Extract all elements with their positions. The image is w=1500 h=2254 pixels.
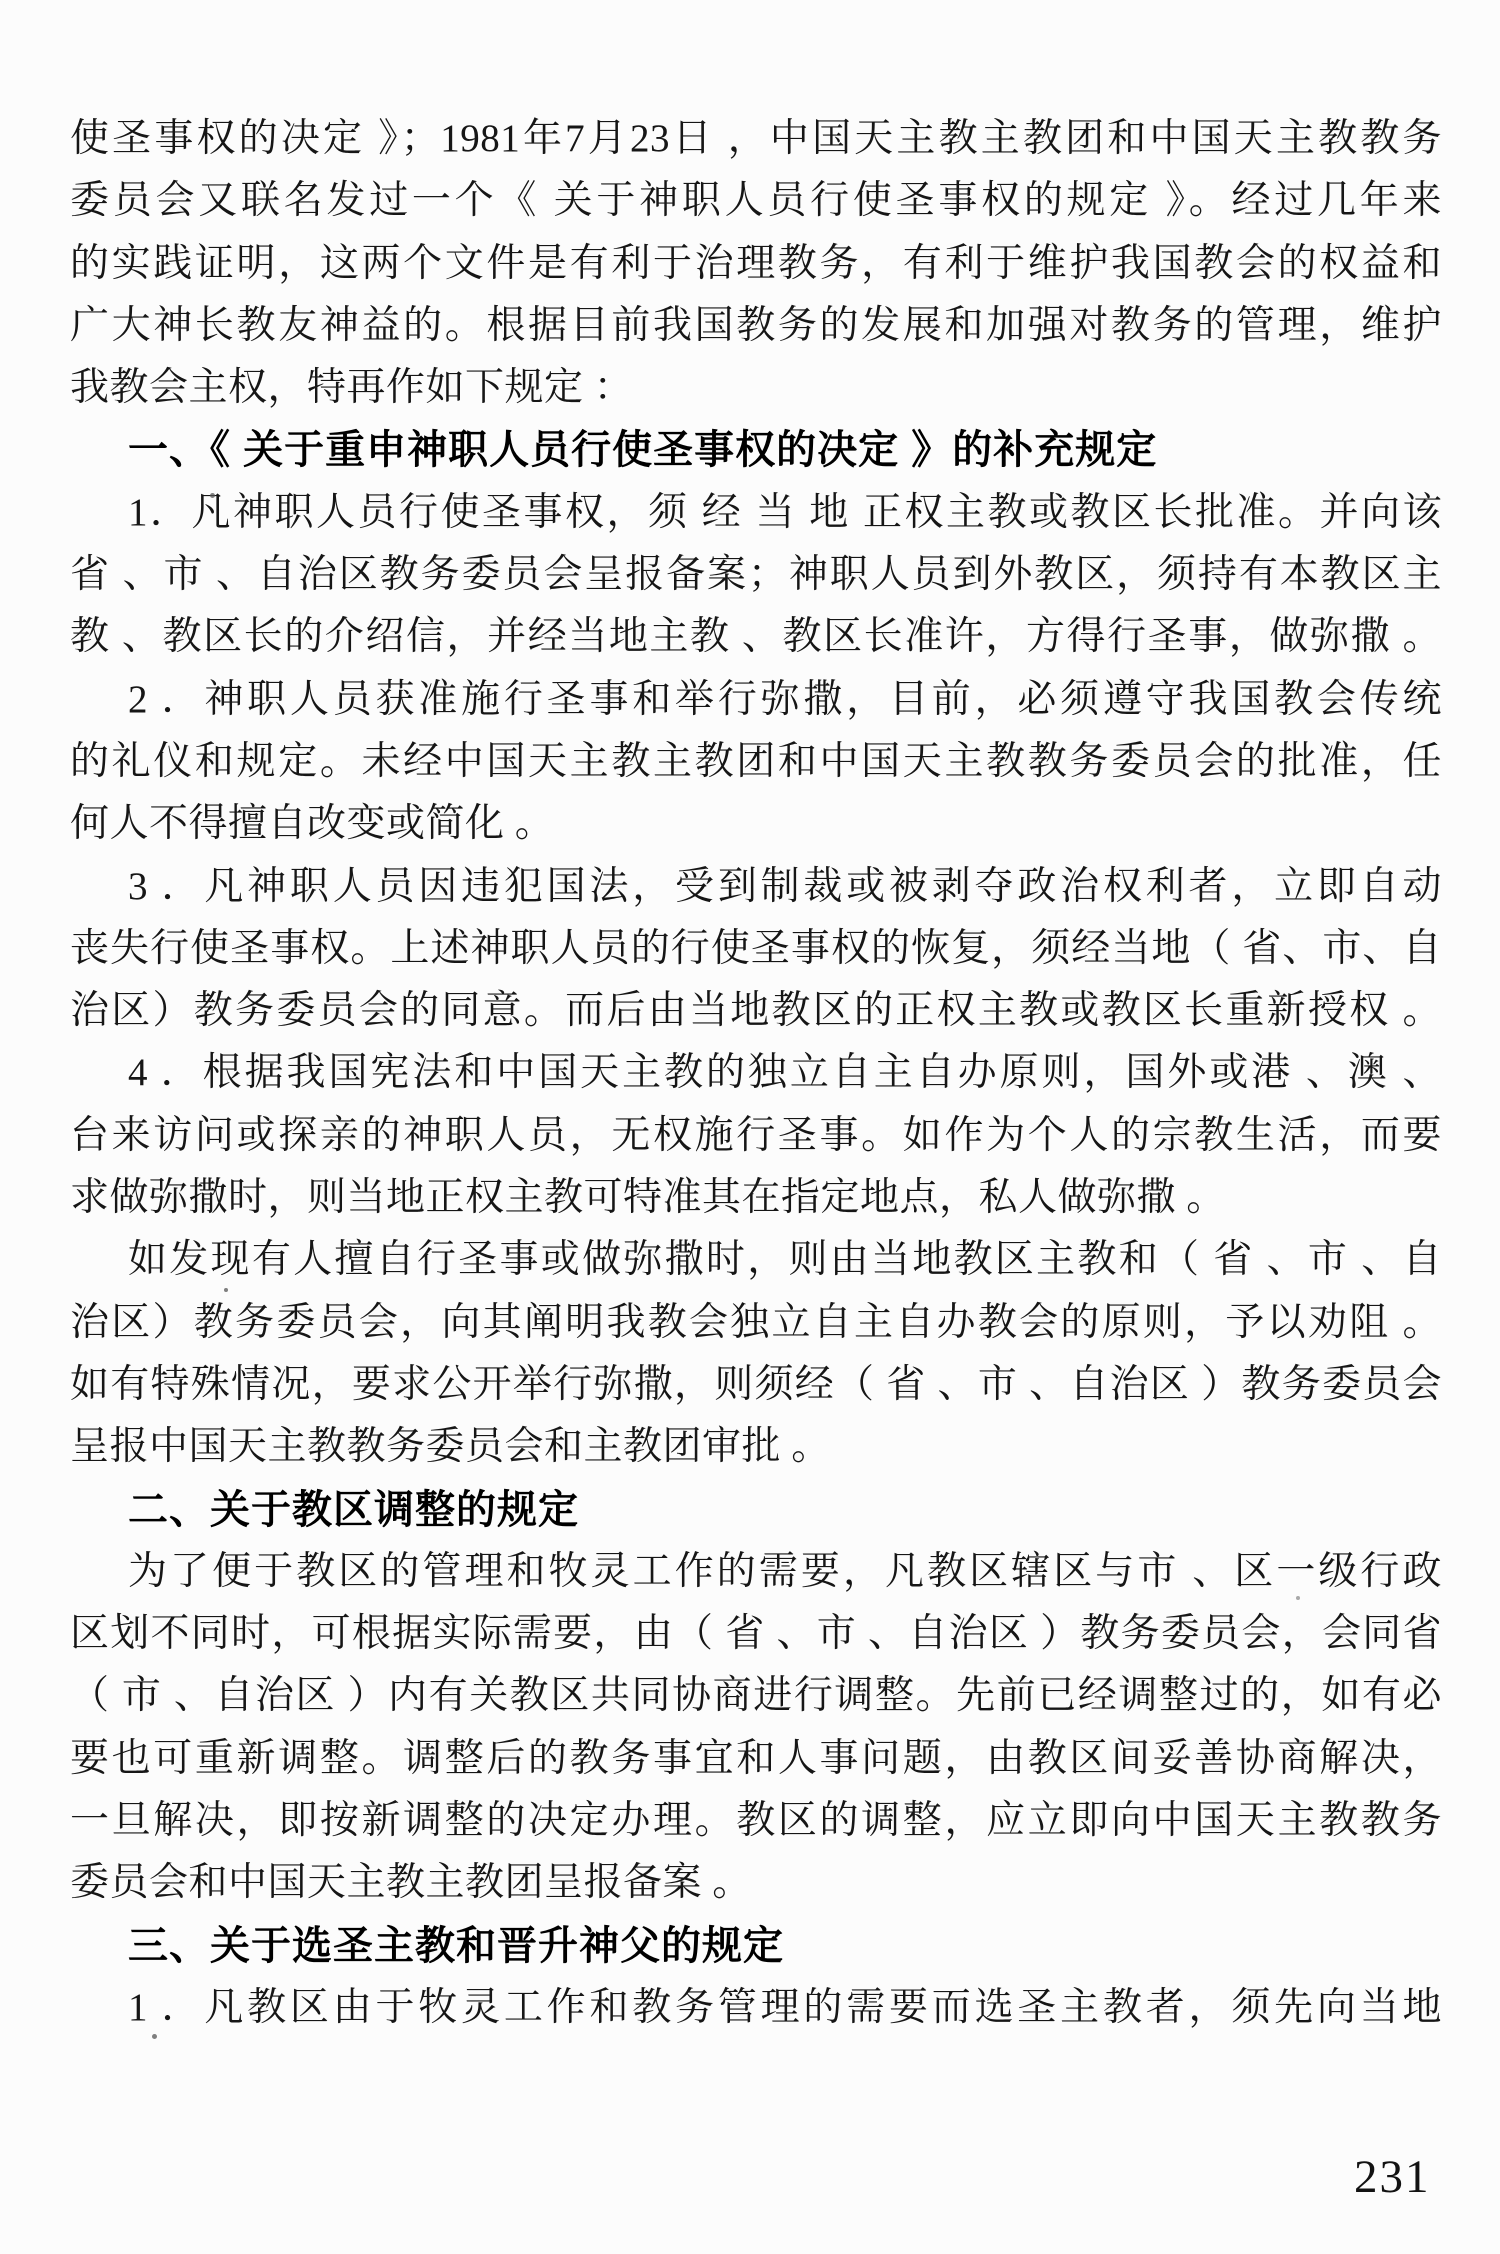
paragraph-line: 我教会主权，特再作如下规定 ： <box>70 357 1442 419</box>
paragraph-line: 丧失行使圣事权。上述神职人员的行使圣事权的恢复，须经当地（ 省、市、自 <box>70 918 1442 980</box>
paragraph-line: 省 、市 、自治区教务委员会呈报备案；神职人员到外教区，须持有本教区主 <box>70 544 1442 606</box>
section-heading-3: 三、关于选圣主教和晋升神父的规定 <box>70 1915 1442 1977</box>
paragraph-line: 2 ．神职人员获准施行圣事和举行弥撒，目前，必须遵守我国教会传统 <box>70 669 1442 731</box>
paragraph-line: 1．凡神职人员行使圣事权，须 经 当 地 正权主教或教区长批准。并向该 <box>70 482 1442 544</box>
paragraph-line: 如有特殊情况，要求公开举行弥撒，则须经（ 省 、市 、自治区 ）教务委员会 <box>70 1354 1442 1416</box>
paragraph-line: 为了便于教区的管理和牧灵工作的需要，凡教区辖区与市 、区一级行政 <box>70 1541 1442 1603</box>
paragraph-line: （ 市 、自治区 ）内有关教区共同协商进行调整。先前已经调整过的，如有必 <box>70 1665 1442 1727</box>
scan-speck <box>210 493 215 498</box>
paragraph-line: 委员会又联名发过一个《 关于神职人员行使圣事权的规定 》。经过几年来 <box>70 170 1442 232</box>
paragraph-line: 治区）教务委员会的同意。而后由当地教区的正权主教或教区长重新授权 。 <box>70 980 1442 1042</box>
paragraph-line: 3 ．凡神职人员因违犯国法，受到制裁或被剥夺政治权利者，立即自动 <box>70 856 1442 918</box>
paragraph-line: 1 ．凡教区由于牧灵工作和教务管理的需要而选圣主教者，须先向当地 <box>70 1977 1442 2039</box>
page-number: 231 <box>1354 2152 1431 2202</box>
document-text-block: 使圣事权的决定 》；1981年7月23日 ，中国天主教主教团和中国天主教教务 委… <box>70 108 1442 2039</box>
paragraph-line: 区划不同时，可根据实际需要，由（ 省 、市 、自治区 ）教务委员会，会同省 <box>70 1603 1442 1665</box>
paragraph-line: 广大神长教友神益的。根据目前我国教务的发展和加强对教务的管理，维护 <box>70 295 1442 357</box>
paragraph-line: 台来访问或探亲的神职人员，无权施行圣事。如作为个人的宗教生活，而要 <box>70 1105 1442 1167</box>
paragraph-line: 4 ．根据我国宪法和中国天主教的独立自主自办原则，国外或港 、澳 、 <box>70 1042 1442 1104</box>
scan-speck <box>1296 1596 1300 1600</box>
scanned-document-page: 使圣事权的决定 》；1981年7月23日 ，中国天主教主教团和中国天主教教务 委… <box>0 0 1500 2254</box>
paragraph-line: 要也可重新调整。调整后的教务事宜和人事问题，由教区间妥善协商解决， <box>70 1728 1442 1790</box>
paragraph-line: 求做弥撒时，则当地正权主教可特准其在指定地点，私人做弥撒 。 <box>70 1167 1442 1229</box>
paragraph-line: 呈报中国天主教教务委员会和主教团审批 。 <box>70 1416 1442 1478</box>
paragraph-line: 何人不得擅自改变或简化 。 <box>70 793 1442 855</box>
paragraph-line: 委员会和中国天主教主教团呈报备案 。 <box>70 1852 1442 1914</box>
paragraph-line: 的礼仪和规定。未经中国天主教主教团和中国天主教教务委员会的批准，任 <box>70 731 1442 793</box>
paragraph-line: 一旦解决，即按新调整的决定办理。教区的调整，应立即向中国天主教教务 <box>70 1790 1442 1852</box>
paragraph-line: 治区）教务委员会，向其阐明我教会独立自主自办教会的原则，予以劝阻 。 <box>70 1292 1442 1354</box>
paragraph-line: 的实践证明，这两个文件是有利于治理教务，有利于维护我国教会的权益和 <box>70 233 1442 295</box>
paragraph-line: 使圣事权的决定 》；1981年7月23日 ，中国天主教主教团和中国天主教教务 <box>70 108 1442 170</box>
section-heading-1: 一、《 关于重申神职人员行使圣事权的决定 》的补充规定 <box>70 419 1442 481</box>
scan-speck <box>224 1288 228 1292</box>
section-heading-2: 二、关于教区调整的规定 <box>70 1479 1442 1541</box>
scan-speck <box>152 2034 157 2039</box>
paragraph-line: 教 、教区长的介绍信，并经当地主教 、教区长准许，方得行圣事，做弥撒 。 <box>70 606 1442 668</box>
paragraph-line: 如发现有人擅自行圣事或做弥撒时，则由当地教区主教和（ 省 、市 、自 <box>70 1229 1442 1291</box>
